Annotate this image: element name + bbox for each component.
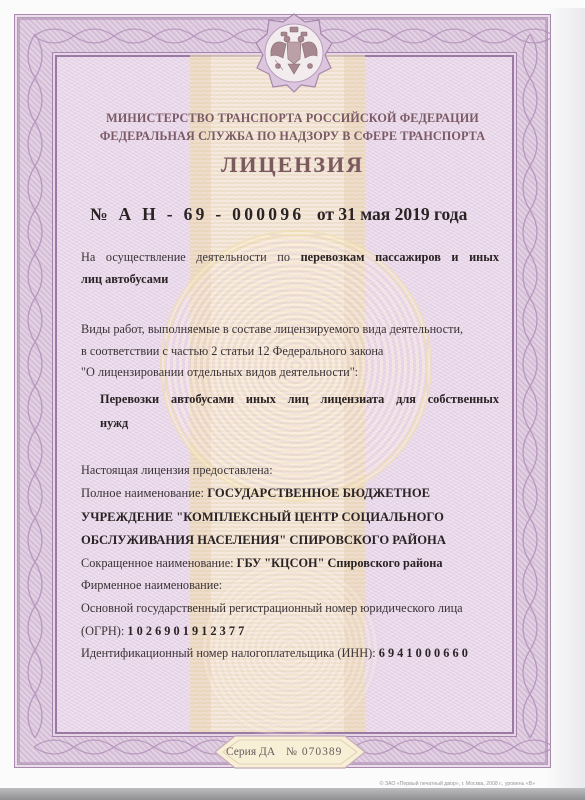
- service-name: ФЕДЕРАЛЬНАЯ СЛУЖБА ПО НАДЗОРУ В СФЕРЕ ТР…: [0, 129, 585, 144]
- ogrn-label: (ОГРН):: [81, 624, 124, 638]
- full-name-line-3: ОБСЛУЖИВАНИЯ НАСЕЛЕНИЯ" СПИРОВСКОГО РАЙО…: [81, 533, 446, 548]
- license-date: от 31 мая 2019 года: [317, 204, 468, 224]
- series-number: № 070389: [286, 746, 342, 758]
- series-label: Серия ДА: [226, 746, 275, 758]
- full-name-line-1: Полное наименование: ГОСУДАРСТВЕННОЕ БЮД…: [81, 486, 430, 501]
- works-line-3: "О лицензировании отдельных видов деятел…: [81, 365, 358, 380]
- short-name-label: Сокращенное наименование:: [81, 556, 234, 570]
- ministry-name: МИНИСТЕРСТВО ТРАНСПОРТА РОССИЙСКОЙ ФЕДЕР…: [0, 111, 585, 126]
- document-title: ЛИЦЕНЗИЯ: [0, 152, 585, 178]
- works-line-1: Виды работ, выполняемые в составе лиценз…: [81, 322, 463, 337]
- ogrn-label-line-1: Основной государственный регистрационный…: [81, 601, 463, 616]
- activity-line-2: лиц автобусами: [81, 272, 168, 287]
- activity-line-1: На осуществление деятельности по перевоз…: [81, 250, 499, 265]
- series-info: Серия ДА № 070389: [226, 746, 342, 758]
- certificate-content: МИНИСТЕРСТВО ТРАНСПОРТА РОССИЙСКОЙ ФЕДЕР…: [0, 0, 585, 800]
- full-name-line-2: УЧРЕЖДЕНИЕ "КОМПЛЕКСНЫЙ ЦЕНТР СОЦИАЛЬНОГ…: [81, 510, 444, 525]
- brand-name-label: Фирменное наименование:: [81, 578, 222, 593]
- printer-imprint: © ЗАО «Первый печатный двор», г. Москва,…: [380, 781, 535, 787]
- works-bold-line-2: нужд: [100, 416, 128, 431]
- granted-label: Настоящая лицензия предоставлена:: [81, 463, 273, 478]
- activity-prefix: На осуществление деятельности по: [81, 250, 290, 264]
- full-name-value-1: ГОСУДАРСТВЕННОЕ БЮДЖЕТНОЕ: [207, 486, 430, 500]
- ogrn-value: 1 0 2 6 9 0 1 9 1 2 3 7 7: [127, 624, 244, 638]
- inn-line: Идентификационный номер налогоплательщик…: [81, 646, 468, 661]
- license-number: № А Н - 69 - 000096: [90, 204, 304, 224]
- ogrn-line: (ОГРН): 1 0 2 6 9 0 1 9 1 2 3 7 7: [81, 624, 244, 639]
- full-name-label: Полное наименование:: [81, 486, 204, 500]
- activity-bold-1: перевозкам пассажиров и иных: [301, 250, 499, 264]
- license-number-line: № А Н - 69 - 000096 от 31 мая 2019 года: [90, 204, 467, 225]
- inn-value: 6 9 4 1 0 0 0 6 6 0: [379, 646, 468, 660]
- short-name-line: Сокращенное наименование: ГБУ "КЦСОН" Сп…: [81, 556, 443, 571]
- works-bold-line-1: Перевозки автобусами иных лиц лицензиата…: [100, 392, 499, 407]
- short-name-value: ГБУ "КЦСОН" Спировского района: [237, 556, 443, 570]
- inn-label: Идентификационный номер налогоплательщик…: [81, 646, 376, 660]
- works-line-2: в соответствии с частью 2 статьи 12 Феде…: [81, 344, 383, 359]
